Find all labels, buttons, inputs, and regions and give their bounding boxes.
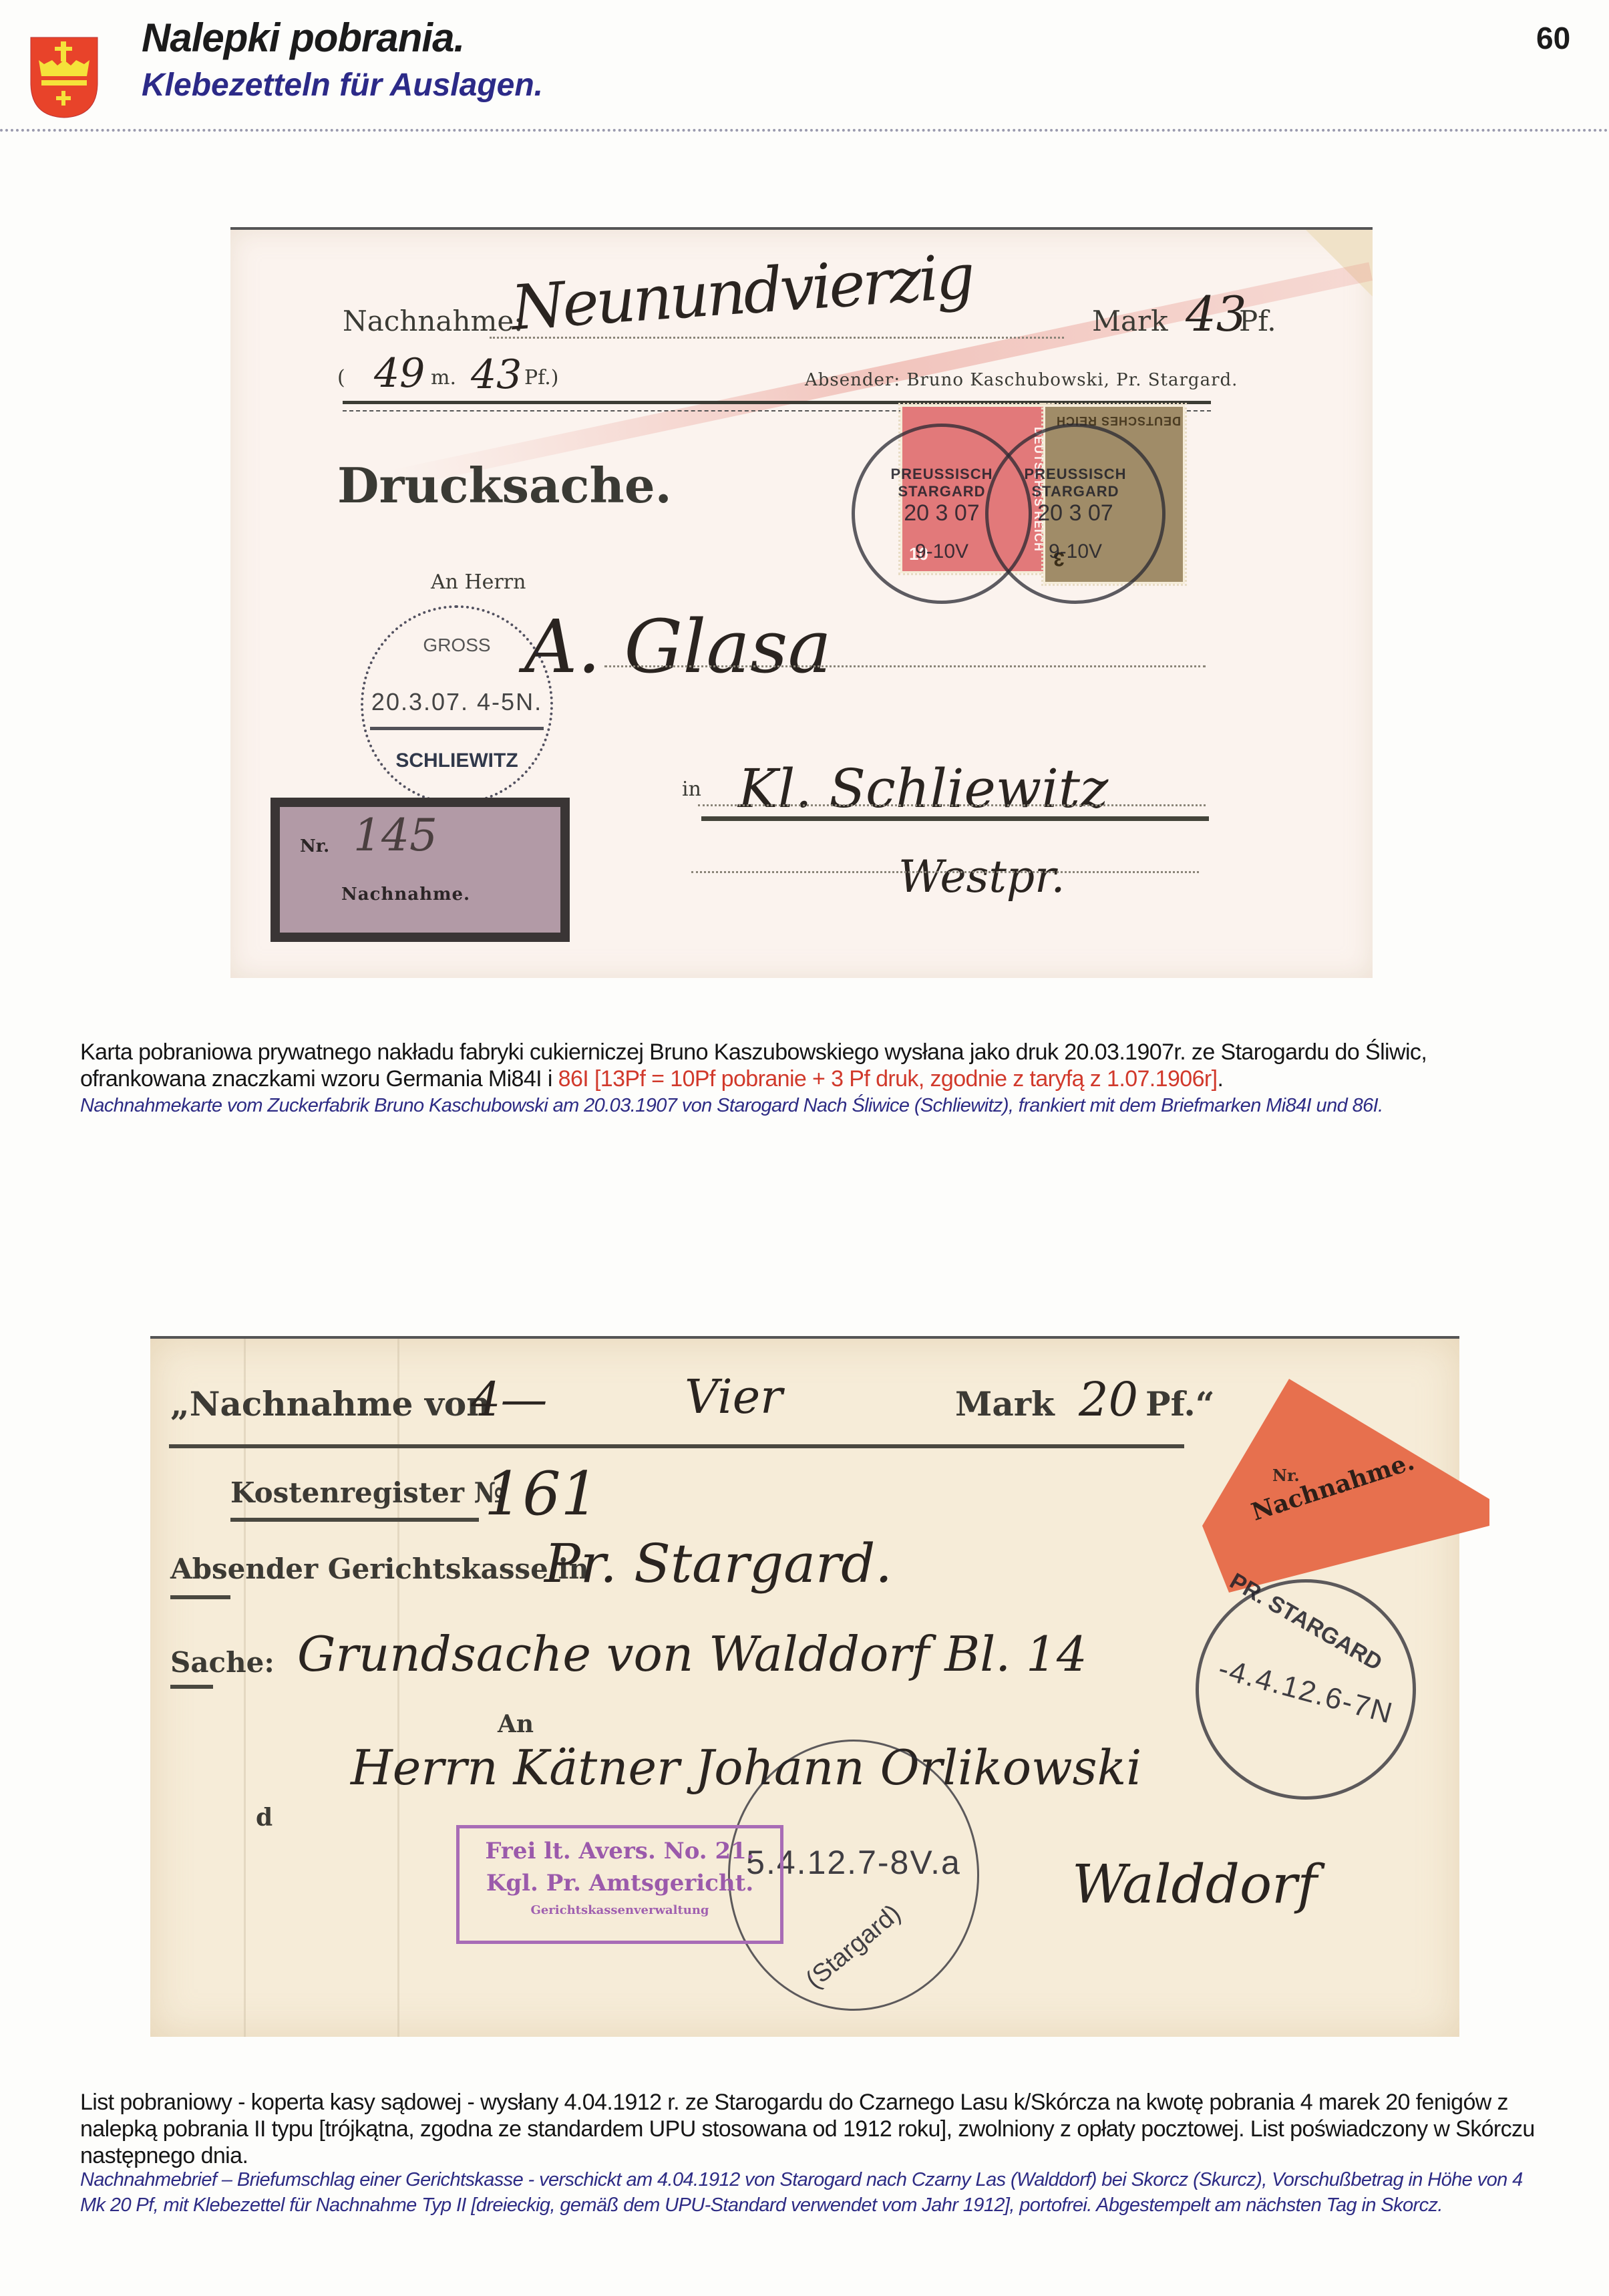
- rule: [169, 1444, 1184, 1448]
- postmark-time: 9-10V: [989, 540, 1162, 563]
- handwritten-20: 20: [1079, 1372, 1138, 1427]
- dotted-line: [604, 665, 1206, 667]
- m-label: m.: [431, 366, 456, 389]
- postmark-dispatch: PR. STARGARD -4.4.12.6-7N: [1196, 1579, 1416, 1800]
- rule: [230, 1518, 479, 1522]
- postmark-bar: [370, 727, 544, 730]
- cod-label-nr: Nr.: [300, 836, 329, 856]
- postmark-dispatch-2: PREUSSISCH STARGARD 20 3 07 9-10V: [985, 424, 1166, 604]
- caption-2-polish: List pobraniowy - koperta kasy sądowej -…: [80, 2089, 1536, 2169]
- cod-postcard-image: Nachnahme: Neunundvierzig Mark 43 Pf. ( …: [230, 227, 1373, 978]
- cachet-line: Gerichtskassenverwaltung: [460, 1903, 780, 1917]
- header-divider: [0, 129, 1609, 132]
- handwritten-161: 161: [484, 1459, 599, 1529]
- handwritten-pf-number: 43: [471, 351, 522, 398]
- kostenregister-label: Kostenregister №: [230, 1476, 504, 1509]
- page-number: 60: [1536, 20, 1570, 56]
- rule: [343, 401, 1211, 404]
- cod-label-type1: Nr. 145 Nachnahme.: [271, 798, 570, 942]
- absender-label: Absender Gerichtskasse in: [170, 1552, 589, 1585]
- handwritten-recipient: Herrn Kätner Johann Orlikowski: [351, 1740, 1141, 1796]
- nachnahme-label: Nachnahme:: [343, 305, 523, 337]
- mark-label: Mark: [1092, 305, 1168, 337]
- dotted-line: [691, 871, 1199, 873]
- franking-cachet: Frei lt. Avers. No. 21. Kgl. Pr. Amtsger…: [456, 1825, 783, 1944]
- drucksache-heading: Drucksache.: [337, 457, 672, 514]
- in-label: in: [682, 778, 701, 801]
- cod-label-number: 145: [353, 810, 437, 861]
- postmark-town: PREUSSISCH STARGARD: [989, 466, 1162, 500]
- an-herrn-label: An Herrn: [431, 570, 526, 594]
- rule: [170, 1685, 213, 1689]
- rule: [701, 816, 1209, 821]
- caption-2-german: Nachnahmebrief – Briefumschlag einer Ger…: [80, 2167, 1536, 2218]
- fold-line: [397, 1339, 399, 2037]
- page-subtitle: Klebezetteln für Auslagen.: [142, 67, 543, 104]
- page-title: Nalepki pobrania.: [142, 15, 464, 61]
- handwritten-4: 4—: [471, 1372, 548, 1427]
- rule: [170, 1595, 230, 1599]
- handwritten-stargard: Pr. Stargard.: [544, 1532, 892, 1595]
- sache-label: Sache:: [170, 1646, 275, 1679]
- postmark-arrival: GROSS 20.3.07. 4-5N. SCHLIEWITZ: [361, 605, 553, 804]
- cachet-line: Frei lt. Avers. No. 21.: [460, 1838, 780, 1864]
- caption-1-german: Nachnahmekarte vom Zuckerfabrik Bruno Ka…: [80, 1093, 1536, 1118]
- fold-line: [244, 1339, 246, 2037]
- cod-label-field: Nr. 145 Nachnahme.: [280, 807, 560, 933]
- handwritten-town: Kl. Schliewitz: [738, 758, 1108, 820]
- coat-of-arms-icon: [29, 36, 99, 119]
- cod-envelope-image: „Nachnahme von 4— Vier Mark 20 Pf.“ Kost…: [150, 1336, 1459, 2037]
- mark-label: Mark: [955, 1384, 1055, 1424]
- handwritten-sache: Grundsache von Walddorf Bl. 14: [297, 1626, 1087, 1682]
- caption-end: .: [1217, 1066, 1223, 1092]
- pf-close-label: Pf.): [524, 366, 558, 389]
- handwritten-mark-number: 49: [374, 350, 425, 397]
- dotted-line: [698, 804, 1206, 806]
- cod-label-word: Nachnahme.: [341, 884, 470, 905]
- handwritten-amount: Neunundvierzig: [509, 240, 974, 344]
- handwritten-pf: 43: [1186, 286, 1247, 342]
- caption-1-polish: Karta pobraniowa prywatnego nakładu fabr…: [80, 1039, 1536, 1092]
- sender-line: Absender: Bruno Kaschubowski, Pr. Starga…: [805, 370, 1238, 390]
- postmark-date: 20 3 07: [989, 500, 1162, 526]
- postmark-top: GROSS: [363, 635, 550, 656]
- handwritten-vier: Vier: [685, 1369, 783, 1424]
- caption-rate-note: 86I [13Pf = 10Pf pobranie + 3 Pf druk, z…: [558, 1066, 1218, 1092]
- an-label: An: [498, 1710, 534, 1738]
- handwritten-recipient: A. Glasa: [524, 604, 832, 689]
- postmark-town: SCHLIEWITZ: [363, 750, 550, 772]
- nachnahme-von-label: „Nachnahme von: [170, 1384, 491, 1424]
- handwritten-walddorf: Walddorf: [1072, 1853, 1317, 1915]
- d-label: d: [256, 1804, 273, 1832]
- handwritten-region: Westpr.: [898, 851, 1065, 903]
- pf-label: Pf.: [1239, 305, 1276, 337]
- postmark-date: 20.3.07. 4-5N.: [363, 688, 550, 716]
- triangle-nr: Nr.: [1272, 1466, 1300, 1485]
- cachet-line: Kgl. Pr. Amtsgericht.: [460, 1870, 780, 1897]
- paren-open: (: [337, 366, 345, 389]
